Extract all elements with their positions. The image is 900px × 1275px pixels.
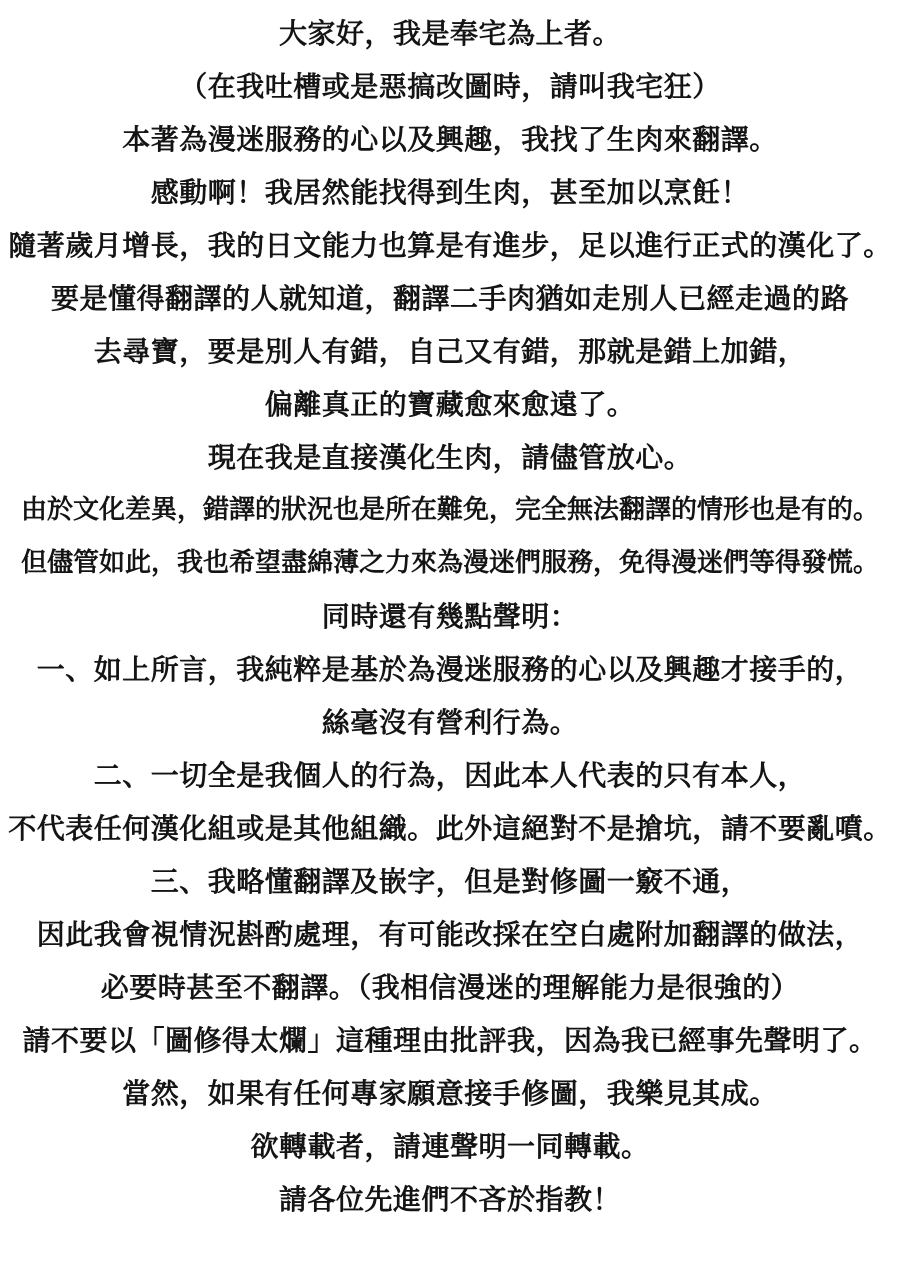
text-line: 但儘管如此，我也希望盡綿薄之力來為漫迷們服務，免得漫迷們等得發慌。 <box>0 537 900 590</box>
text-line: 不代表任何漢化組或是其他組織。此外這絕對不是搶坑，請不要亂噴。 <box>0 802 900 855</box>
text-line: 本著為漫迷服務的心以及興趣，我找了生肉來翻譯。 <box>0 113 900 166</box>
text-line: 三、我略懂翻譯及嵌字，但是對修圖一竅不通， <box>0 855 900 908</box>
text-line: 偏離真正的寶藏愈來愈遠了。 <box>0 378 900 431</box>
text-line: 現在我是直接漢化生肉，請儘管放心。 <box>0 431 900 484</box>
text-line: 感動啊！我居然能找得到生肉，甚至加以烹飪！ <box>0 166 900 219</box>
text-line: 當然，如果有任何專家願意接手修圖，我樂見其成。 <box>0 1067 900 1120</box>
text-line: 一、如上所言，我純粹是基於為漫迷服務的心以及興趣才接手的， <box>0 643 900 696</box>
text-line: 請各位先進們不吝於指教！ <box>0 1173 900 1226</box>
text-line: （在我吐槽或是惡搞改圖時，請叫我宅狂） <box>0 60 900 113</box>
text-line: 欲轉載者，請連聲明一同轉載。 <box>0 1120 900 1173</box>
text-line: 大家好，我是奉宅為上者。 <box>0 7 900 60</box>
text-line: 隨著歲月增長，我的日文能力也算是有進步，足以進行正式的漢化了。 <box>0 219 900 272</box>
text-line: 同時還有幾點聲明： <box>0 590 900 643</box>
text-line: 由於文化差異，錯譯的狀況也是所在難免，完全無法翻譯的情形也是有的。 <box>0 484 900 537</box>
text-line: 因此我會視情況斟酌處理，有可能改採在空白處附加翻譯的做法， <box>0 908 900 961</box>
document-page: 大家好，我是奉宅為上者。 （在我吐槽或是惡搞改圖時，請叫我宅狂） 本著為漫迷服務… <box>0 0 900 1275</box>
text-line: 必要時甚至不翻譯。（我相信漫迷的理解能力是很強的） <box>0 961 900 1014</box>
text-line: 二、一切全是我個人的行為，因此本人代表的只有本人， <box>0 749 900 802</box>
notice-text-block: 大家好，我是奉宅為上者。 （在我吐槽或是惡搞改圖時，請叫我宅狂） 本著為漫迷服務… <box>0 0 900 1226</box>
text-line: 要是懂得翻譯的人就知道，翻譯二手肉猶如走別人已經走過的路 <box>0 272 900 325</box>
text-line: 絲毫沒有營利行為。 <box>0 696 900 749</box>
text-line: 請不要以「圖修得太爛」這種理由批評我，因為我已經事先聲明了。 <box>0 1014 900 1067</box>
text-line: 去尋寶，要是別人有錯，自己又有錯，那就是錯上加錯， <box>0 325 900 378</box>
